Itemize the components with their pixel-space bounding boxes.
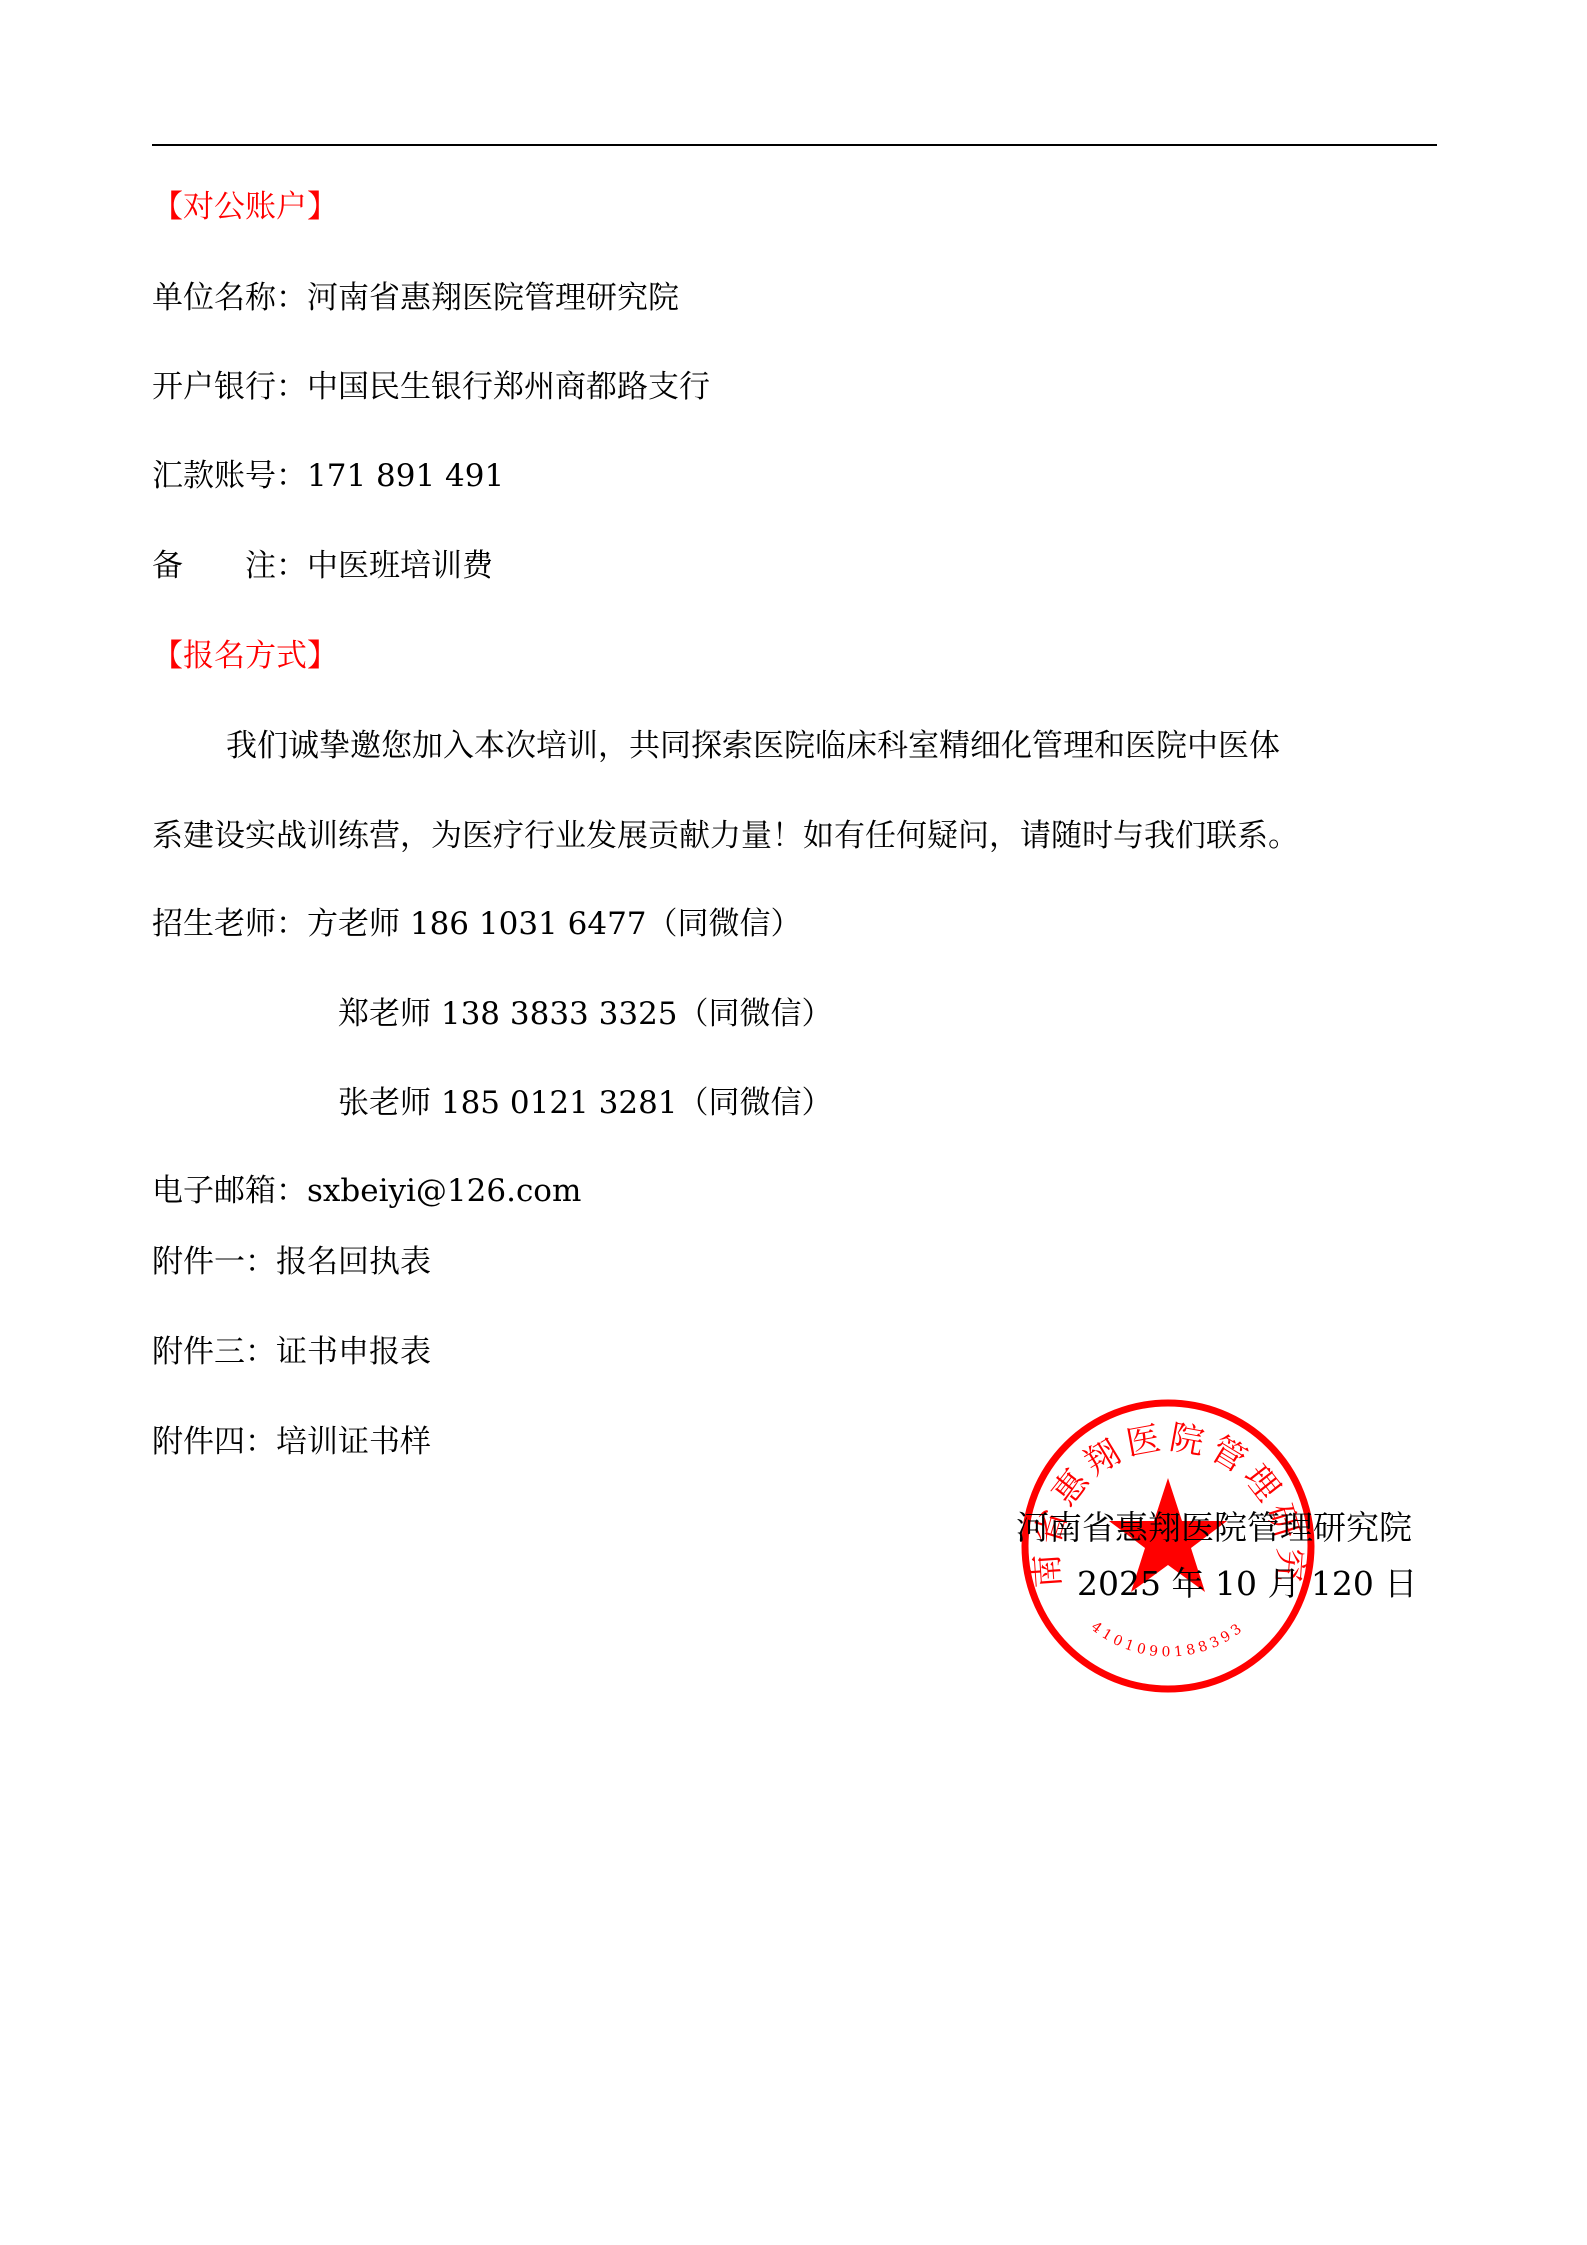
- invitation-paragraph-line2: 系建设实战训练营，为医疗行业发展贡献力量！如有任何疑问，请随时与我们联系。: [152, 816, 1299, 856]
- teachers-label: 招生老师：: [152, 906, 307, 942]
- unit-name: 单位名称：河南省惠翔医院管理研究院: [152, 278, 679, 318]
- section-heading-account: 【对公账户】: [152, 187, 338, 227]
- attachment-item: 附件一：报名回执表: [152, 1242, 431, 1282]
- teacher-contact: 郑老师 138 3833 3325（同微信）: [338, 994, 833, 1034]
- email: 电子邮箱：sxbeiyi@126.com: [152, 1171, 581, 1211]
- section-heading-registration: 【报名方式】: [152, 636, 338, 676]
- attachment-item: 附件三：证书申报表: [152, 1332, 431, 1372]
- remark: 备 注：中医班培训费: [152, 546, 493, 586]
- signature-date: 2025 年 10 月 120 日: [1077, 1563, 1417, 1605]
- account-number: 汇款账号：171 891 491: [152, 456, 504, 496]
- signature-org: 河南省惠翔医院管理研究院: [1016, 1507, 1412, 1549]
- attachment-item: 附件四：培训证书样: [152, 1422, 431, 1462]
- header-rule: [152, 144, 1437, 146]
- teacher-contact: 方老师 186 1031 6477（同微信）: [307, 906, 802, 942]
- teachers-row-1: 招生老师：方老师 186 1031 6477（同微信）: [152, 904, 802, 944]
- seal-code: 4101090188393: [1088, 1619, 1248, 1661]
- bank-name: 开户银行：中国民生银行郑州商都路支行: [152, 367, 710, 407]
- invitation-paragraph-line1: 我们诚挚邀您加入本次培训，共同探索医院临床科室精细化管理和医院中医体: [226, 726, 1280, 766]
- teacher-contact: 张老师 185 0121 3281（同微信）: [338, 1083, 833, 1123]
